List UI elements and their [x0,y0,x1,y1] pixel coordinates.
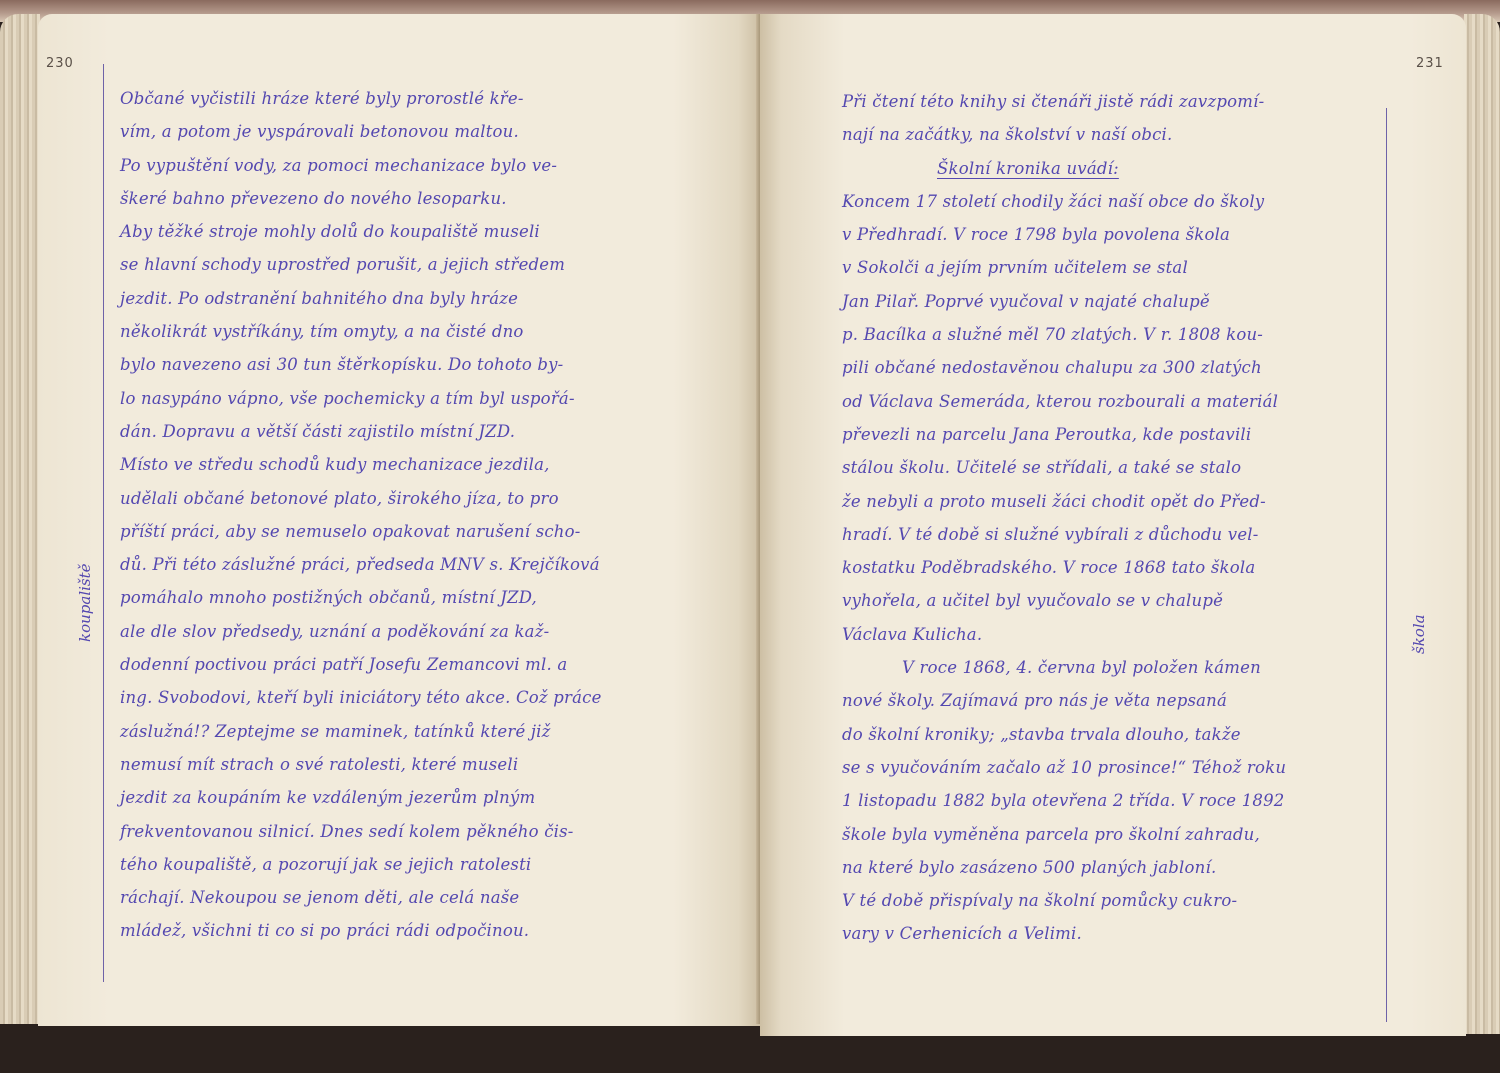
handwritten-line: Aby těžké stroje mohly dolů do koupališt… [120,215,602,248]
handwritten-line: ing. Svobodovi, kteří byli iniciátory té… [120,681,602,714]
handwritten-line: Občané vyčistili hráze které byly proros… [120,82,602,115]
handwritten-line: záslužná!? Zeptejme se maminek, tatínků … [120,715,602,748]
handwritten-line: Koncem 17 století chodily žáci naší obce… [842,185,1286,218]
handwritten-line: kostatku Poděbradského. V roce 1868 tato… [842,551,1286,584]
handwritten-line: mládež, všichni ti co si po práci rádi o… [120,914,602,947]
handwritten-line: nové školy. Zajímavá pro nás je věta nep… [842,684,1286,717]
handwritten-line: udělali občané betonové plato, širokého … [120,482,602,515]
handwritten-line: nemusí mít strach o své ratolesti, které… [120,748,602,781]
handwritten-line: převezli na parcelu Jana Peroutka, kde p… [842,418,1286,451]
handwritten-line: stálou školu. Učitelé se střídali, a tak… [842,451,1286,484]
open-book-spread: 230 koupaliště Občané vyčistili hráze kt… [0,0,1500,1073]
handwritten-line: hradí. V té době si služné vybírali z dů… [842,518,1286,551]
handwritten-line: V roce 1868, 4. června byl položen kámen [842,651,1286,684]
handwritten-line: Václava Kulicha. [842,618,1286,651]
handwritten-line: od Václava Semeráda, kterou rozbourali a… [842,385,1286,418]
handwritten-line: příští práci, aby se nemuselo opakovat n… [120,515,602,548]
handwritten-line: V té době přispívaly na školní pomůcky c… [842,884,1286,917]
handwritten-line: v Sokolči a jejím prvním učitelem se sta… [842,251,1286,284]
handwritten-line: na které bylo zasázeno 500 planých jablo… [842,851,1286,884]
left-page: 230 koupaliště Občané vyčistili hráze kt… [38,14,760,1026]
handwritten-line: Místo ve středu schodů kudy mechanizace … [120,448,602,481]
handwritten-line: Po vypuštění vody, za pomoci mechanizace… [120,149,602,182]
margin-note-left: koupaliště [76,563,94,642]
page-number-left: 230 [46,56,74,71]
handwritten-line: lo nasypáno vápno, vše pochemicky a tím … [120,382,602,415]
right-page-stack [1464,14,1500,1034]
handwritten-line: vyhořela, a učitel byl vyučovalo se v ch… [842,584,1286,617]
section-heading-text: Školní kronika uvádí: [937,159,1119,178]
handwritten-line: ráchají. Nekoupou se jenom děti, ale cel… [120,881,602,914]
handwritten-line: do školní kroniky; „stavba trvala dlouho… [842,718,1286,751]
handwritten-line: Při čtení této knihy si čtenáři jistě rá… [842,85,1286,118]
handwritten-line: jezdit. Po odstranění bahnitého dna byly… [120,282,602,315]
handwritten-line: frekventovanou silnicí. Dnes sedí kolem … [120,815,602,848]
handwritten-line: dodenní poctivou práci patří Josefu Zema… [120,648,602,681]
right-page-text: Při čtení této knihy si čtenáři jistě rá… [842,85,1286,951]
handwritten-line: dů. Při této záslužné práci, předseda MN… [120,548,602,581]
page-number-right: 231 [1416,56,1444,71]
handwritten-line: vím, a potom je vyspárovali betonovou ma… [120,115,602,148]
handwritten-line: se s vyučováním začalo až 10 prosince!“ … [842,751,1286,784]
section-heading: Školní kronika uvádí: [842,152,1286,185]
handwritten-line: několikrát vystříkány, tím omyty, a na č… [120,315,602,348]
handwritten-line: tého koupaliště, a pozorují jak se jejic… [120,848,602,881]
handwritten-line: vary v Cerhenicích a Velimi. [842,917,1286,950]
left-page-stack [0,14,40,1024]
right-page: 231 škola Při čtení této knihy si čtenář… [760,14,1466,1036]
handwritten-line: nají na začátky, na školství v naší obci… [842,118,1286,151]
handwritten-line: dán. Dopravu a větší části zajistilo mís… [120,415,602,448]
left-margin-rule [103,64,104,982]
handwritten-line: jezdit za koupáním ke vzdáleným jezerům … [120,781,602,814]
handwritten-line: že nebyli a proto museli žáci chodit opě… [842,485,1286,518]
book-cover-bottom [0,1043,1500,1073]
handwritten-line: ale dle slov předsedy, uznání a poděková… [120,615,602,648]
handwritten-line: pomáhalo mnoho postižných občanů, místní… [120,581,602,614]
right-margin-rule [1386,108,1387,1022]
handwritten-line: škole byla vyměněna parcela pro školní z… [842,818,1286,851]
margin-note-right: škola [1410,614,1428,654]
handwritten-line: 1 listopadu 1882 byla otevřena 2 třída. … [842,784,1286,817]
handwritten-line: bylo navezeno asi 30 tun štěrkopísku. Do… [120,348,602,381]
left-page-text: Občané vyčistili hráze které byly proros… [120,82,602,948]
handwritten-line: pili občané nedostavěnou chalupu za 300 … [842,351,1286,384]
handwritten-line: Jan Pilař. Poprvé vyučoval v najaté chal… [842,285,1286,318]
handwritten-line: škeré bahno převezeno do nového lesopark… [120,182,602,215]
handwritten-line: p. Bacílka a služné měl 70 zlatých. V r.… [842,318,1286,351]
handwritten-line: se hlavní schody uprostřed porušit, a je… [120,248,602,281]
handwritten-line: v Předhradí. V roce 1798 byla povolena š… [842,218,1286,251]
